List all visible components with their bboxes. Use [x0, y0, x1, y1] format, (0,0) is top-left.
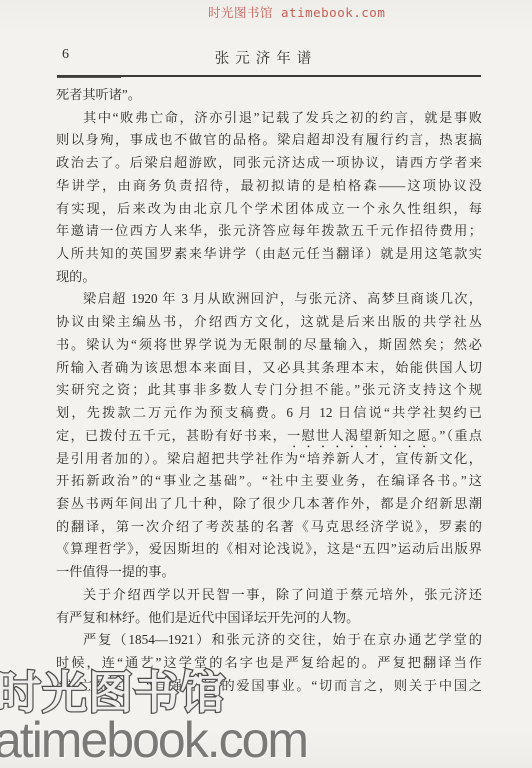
emphasized-text: 一慰世人渴望新知之愿 — [287, 428, 431, 443]
text-line: 关于介绍西学以开民智一事，除了问道于蔡元培外，张元济还 — [56, 584, 482, 607]
text-line: 其中“败弗亡命，济亦引退”记载了发兵之初的约言，就是事败 — [56, 107, 482, 130]
text-line: 有严复和林纾。他们是近代中国译坛开先河的人物。 — [56, 607, 482, 630]
text-line: 划，先拨款二万元作为预支稿费。6 月 12 日信说“共学社契约已 — [56, 402, 482, 425]
text-line: 一件值得一提的事。 — [56, 561, 482, 584]
text-line: 书。梁认为“须将世界学说为无限制的尽量输入，斯固然矣；然必 — [56, 334, 482, 357]
text-line: 开拓新政治”的“事业之基础”。“社中主要业务，在编译各书。”这 — [56, 470, 482, 493]
text-line: 有实现，后来改为由北京几个学术团体成立一个永久性组织，每 — [56, 198, 482, 221]
text-line: 协议由梁主编丛书，介绍西方文化，这就是后来出版的共学社丛 — [56, 311, 482, 334]
text-line: 政治去了。后梁启超游欧，同张元济达成一项协议，请西方学者来 — [56, 152, 482, 175]
text-line: 年邀请一位西方人来华，张元济答应每年拨款五千元作招待费用； — [56, 220, 482, 243]
text-line: 现的。 — [56, 266, 482, 289]
header-rule — [57, 75, 481, 77]
page-title: 张元济年谱 — [0, 47, 532, 68]
text-line: 梁启超 1920 年 3 月从欧洲回沪，与张元济、高梦旦商谈几次， — [56, 288, 482, 311]
text-line: 死者其听诸”。 — [56, 84, 482, 107]
scanned-book-page: 6 张元济年谱 死者其听诸”。 其中“败弗亡命，济亦引退”记载了发兵之初的约言，… — [0, 0, 532, 768]
text-line: 套丛书两年间出了几十种，除了很少几本著作外，都是介绍新思潮 — [56, 493, 482, 516]
body-text: 死者其听诸”。 其中“败弗亡命，济亦引退”记载了发兵之初的约言，就是事败 则以身… — [56, 84, 482, 697]
text-line: 所输入者确为该思想本来面目，又必具其条理本末，始能供国人切 — [56, 357, 482, 380]
text-segment: 。”（重点 — [432, 428, 482, 443]
text-line: 的翻译，第一次介绍了考茨基的名著《马克思经济学说》，罗素的 — [56, 516, 482, 539]
text-line: 严复（1854—1921）和张元济的交往，始于在京办通艺学堂的 — [56, 629, 482, 652]
text-segment: 定，已拨付五千元，甚盼有好书来， — [56, 428, 287, 443]
text-line-with-emphasis: 定，已拨付五千元，甚盼有好书来，一慰世人渴望新知之愿。”（重点 — [56, 425, 482, 448]
text-line: 人所共知的英国罗素来华讲学（由赵元任当翻译）就是用这笔款实 — [56, 243, 482, 266]
text-line: 是引用者加的）。梁启超把共学社作为“培养新人才，宣传新文化， — [56, 448, 482, 471]
text-line: 华讲学，由商务负责招待，最初拟请的是柏格森——这项协议没 — [56, 175, 482, 198]
text-line: 则以身殉，事成也不做官的品格。梁启超却没有履行约言，热衷搞 — [56, 129, 482, 152]
text-line: 《算理哲学》，爱因斯坦的《相对论浅说》，这是“五四”运动后出版界 — [56, 538, 482, 561]
watermark-bottom-site-url: atimebook.com — [0, 711, 307, 768]
watermark-top: 时光图书馆 atimebook.com — [208, 3, 385, 21]
text-line: 实研究之资；此其事非多数人专门分担不能。”张元济支持这个规 — [56, 379, 482, 402]
